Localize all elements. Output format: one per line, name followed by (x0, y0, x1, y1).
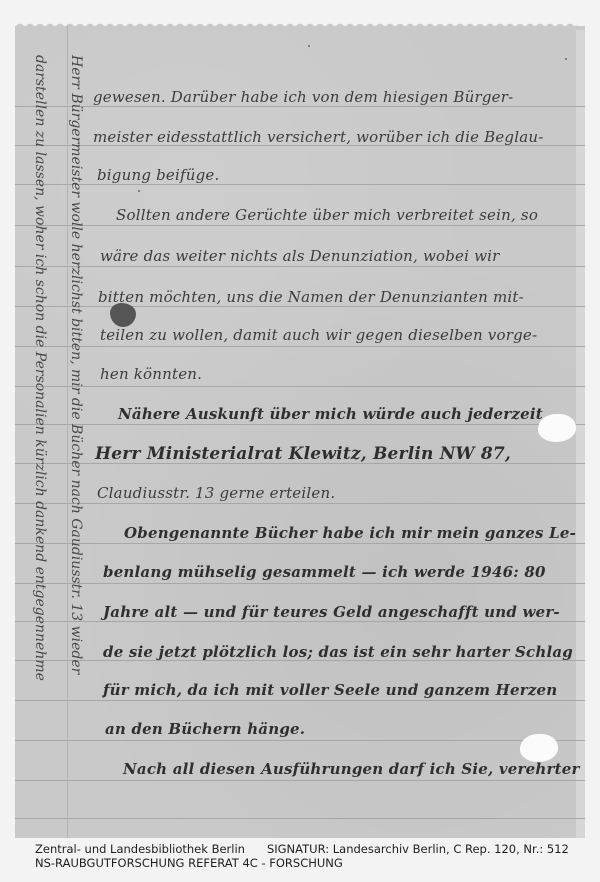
ruled-line (15, 543, 585, 544)
institution-label: Zentral- und Landesbibliothek Berlin (35, 842, 245, 856)
perforated-top-edge (15, 20, 577, 30)
ruled-line (15, 740, 585, 741)
ruled-line (15, 424, 585, 425)
ruled-line (15, 700, 585, 701)
letter-line: an den Büchern hänge. (105, 720, 305, 738)
letter-line: wäre das weiter nichts als Denunziation,… (100, 247, 500, 265)
letter-line: für mich, da ich mit voller Seele und ga… (103, 681, 557, 699)
paper-right-edge (576, 30, 585, 838)
letter-line: Claudiusstr. 13 gerne erteilen. (97, 484, 335, 502)
letter-line: Nähere Auskunft über mich würde auch jed… (118, 405, 543, 423)
letter-line: bitten möchten, uns die Namen der Denunz… (98, 288, 524, 306)
letter-line: benlang mühselig gesammelt — ich werde 1… (103, 563, 546, 581)
paper-sheet (15, 26, 585, 838)
document-scan: gewesen. Darüber habe ich von dem hiesig… (0, 0, 600, 882)
letter-line: Jahre alt — und für teures Geld angescha… (103, 603, 560, 621)
ruled-line (15, 503, 585, 504)
paper-speck (138, 190, 140, 192)
letter-line: Nach all diesen Ausführungen darf ich Si… (123, 760, 580, 778)
margin-note-outer: darstellen zu lassen, woher ich schon di… (32, 55, 48, 681)
margin-note-inner: Herr Bürgermeister wolle herzlichst bitt… (68, 55, 84, 674)
ruled-line (15, 818, 585, 819)
punch-hole (520, 734, 558, 762)
letter-line: bigung beifüge. (97, 166, 219, 184)
ruled-line (15, 184, 585, 185)
letter-line: meister eidesstattlich versichert, worüb… (93, 128, 544, 146)
paper-speck (308, 45, 310, 47)
ruled-line (15, 306, 585, 307)
ruled-line (15, 583, 585, 584)
letter-line: Obengenannte Bücher habe ich mir mein ga… (124, 524, 576, 542)
ruled-line (15, 621, 585, 622)
letter-line: gewesen. Darüber habe ich von dem hiesig… (93, 88, 513, 106)
ruled-line (15, 106, 585, 107)
letter-line: Sollten andere Gerüchte über mich verbre… (116, 206, 538, 224)
ruled-line (15, 346, 585, 347)
ruled-line (15, 266, 585, 267)
ruled-line (15, 386, 585, 387)
signature-label: SIGNATUR: Landesarchiv Berlin, C Rep. 12… (267, 842, 569, 856)
paper-speck (565, 58, 567, 60)
letter-line: teilen zu wollen, damit auch wir gegen d… (100, 326, 537, 344)
archive-footer-line-1: Zentral- und Landesbibliothek BerlinSIGN… (35, 842, 569, 856)
letter-line: de sie jetzt plötzlich los; das ist ein … (103, 643, 573, 661)
punch-hole (538, 414, 576, 442)
archive-footer-line-2: NS-RAUBGUTFORSCHUNG REFERAT 4C - FORSCHU… (35, 856, 343, 870)
ruled-line (15, 780, 585, 781)
letter-line: Herr Ministerialrat Klewitz, Berlin NW 8… (95, 444, 511, 464)
ruled-line (15, 225, 585, 226)
letter-line: hen könnten. (100, 365, 202, 383)
